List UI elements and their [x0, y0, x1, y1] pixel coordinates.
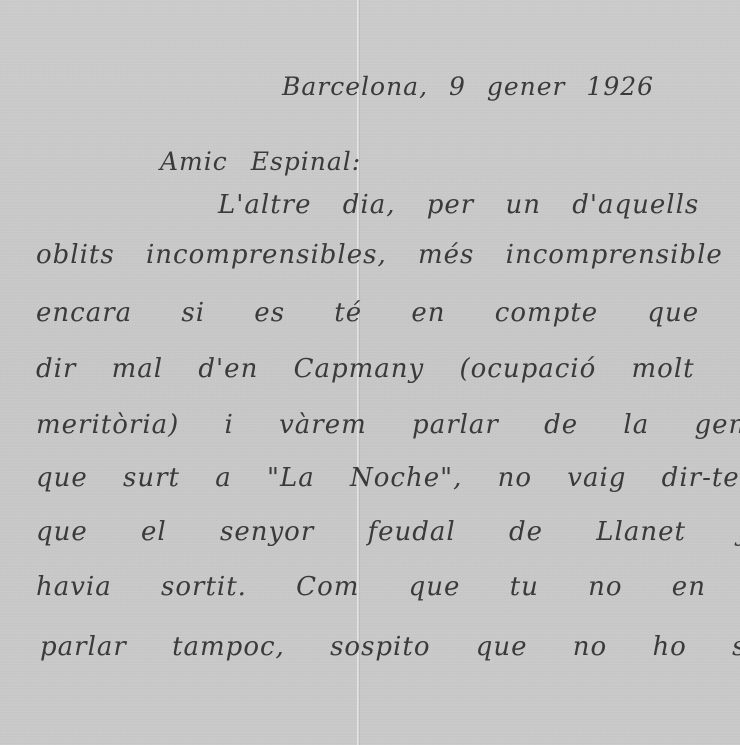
place-date: Barcelona, 9 gener 1926: [282, 72, 654, 101]
body-line: parlar tampoc, sospito que no ho sabies.: [40, 632, 740, 662]
body-line: L'altre dia, per un d'aquells: [218, 190, 699, 220]
body-line: oblits incomprensibles, més incomprensib…: [36, 240, 723, 270]
body-line: que el senyor feudal de Llanet ja hi: [36, 517, 740, 547]
letter-page: Barcelona, 9 gener 1926 Amic Espinal: L'…: [0, 0, 740, 745]
body-line: que surt a "La Noche", no vaig dir-te: [36, 463, 740, 493]
body-line: dir mal d'en Capmany (ocupació molt: [36, 354, 695, 384]
body-line: encara si es té en compte que vàrem: [36, 298, 740, 328]
body-line: havia sortit. Com que tu no en vas: [36, 572, 740, 602]
body-line: meritòria) i vàrem parlar de la gent: [36, 410, 740, 440]
salutation: Amic Espinal:: [160, 147, 361, 176]
